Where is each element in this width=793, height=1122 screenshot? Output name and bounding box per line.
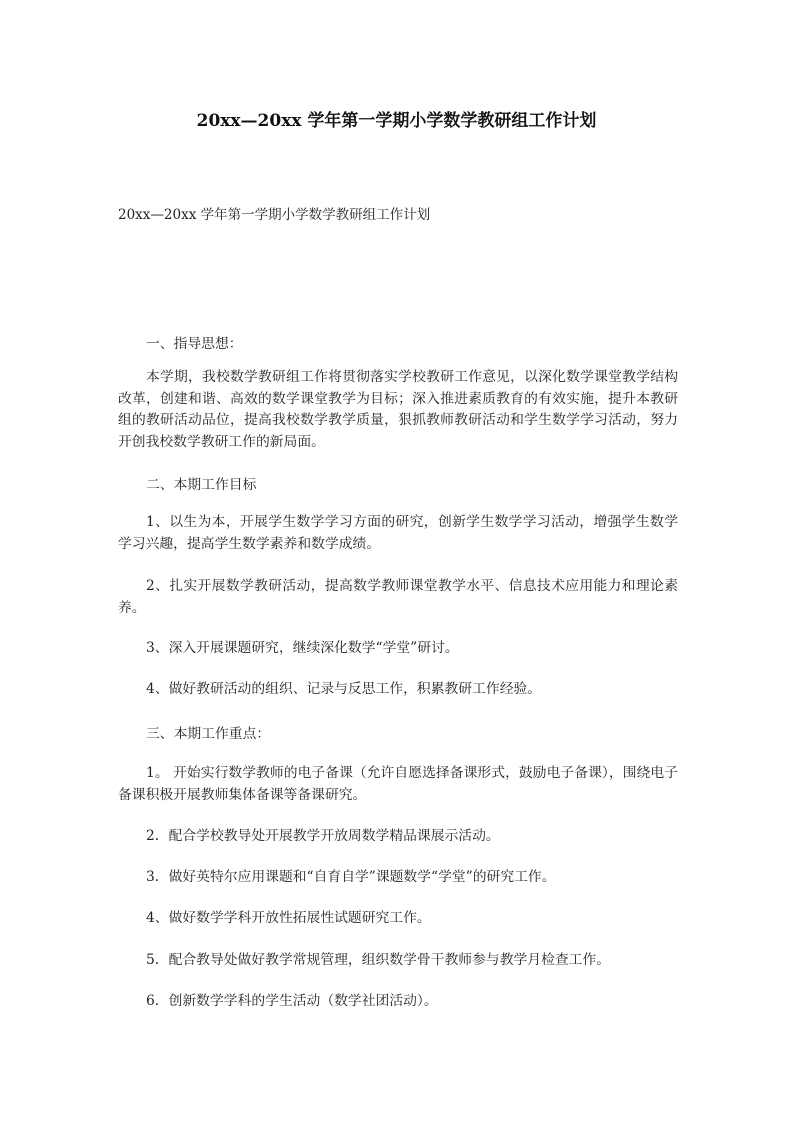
- document-page: 20xx—20xx 学年第一学期小学数学教研组工作计划 20xx—20xx 学年…: [0, 0, 793, 1122]
- goal-item-2: 2、扎实开展数学教研活动，提高数学教师课堂教学水平、信息技术应用能力和理论素养。: [118, 576, 678, 619]
- section-heading-guiding-ideology: 一、指导思想：: [146, 332, 243, 352]
- focus-item-1: 1。 开始实行数学教师的电子备课（允许自愿选择备课形式，鼓励电子备课），围绕电子…: [118, 763, 678, 806]
- focus-item-2: 2．配合学校教导处开展教学开放周数学精品课展示活动。: [118, 826, 678, 848]
- focus-item-3: 3．做好英特尔应用课题和“自育自学”课题数学“学堂”的研究工作。: [118, 867, 678, 889]
- focus-item-6: 6．创新数学学科的学生活动（数学社团活动）。: [118, 991, 678, 1013]
- focus-item-5: 5．配合教导处做好教学常规管理，组织数学骨干教师参与教学月检查工作。: [118, 950, 678, 972]
- document-subtitle: 20xx—20xx 学年第一学期小学数学教研组工作计划: [118, 203, 430, 223]
- section-heading-work-goals: 二、本期工作目标: [146, 473, 256, 493]
- goal-item-1: 1、以生为本，开展学生数学学习方面的研究，创新学生数学学习活动，增强学生数学学习…: [118, 512, 678, 555]
- paragraph-guiding-ideology: 本学期，我校数学教研组工作将贯彻落实学校教研工作意见，以深化数学课堂教学结构改革…: [118, 367, 678, 453]
- goal-item-3: 3、深入开展课题研究，继续深化数学“学堂”研讨。: [118, 638, 678, 660]
- section-heading-work-focus: 三、本期工作重点：: [146, 722, 270, 742]
- goal-item-4: 4、做好教研活动的组织、记录与反思工作，积累教研工作经验。: [118, 679, 678, 701]
- focus-item-4: 4、做好数学学科开放性拓展性试题研究工作。: [118, 908, 678, 930]
- document-title: 20xx—20xx 学年第一学期小学数学教研组工作计划: [0, 106, 793, 131]
